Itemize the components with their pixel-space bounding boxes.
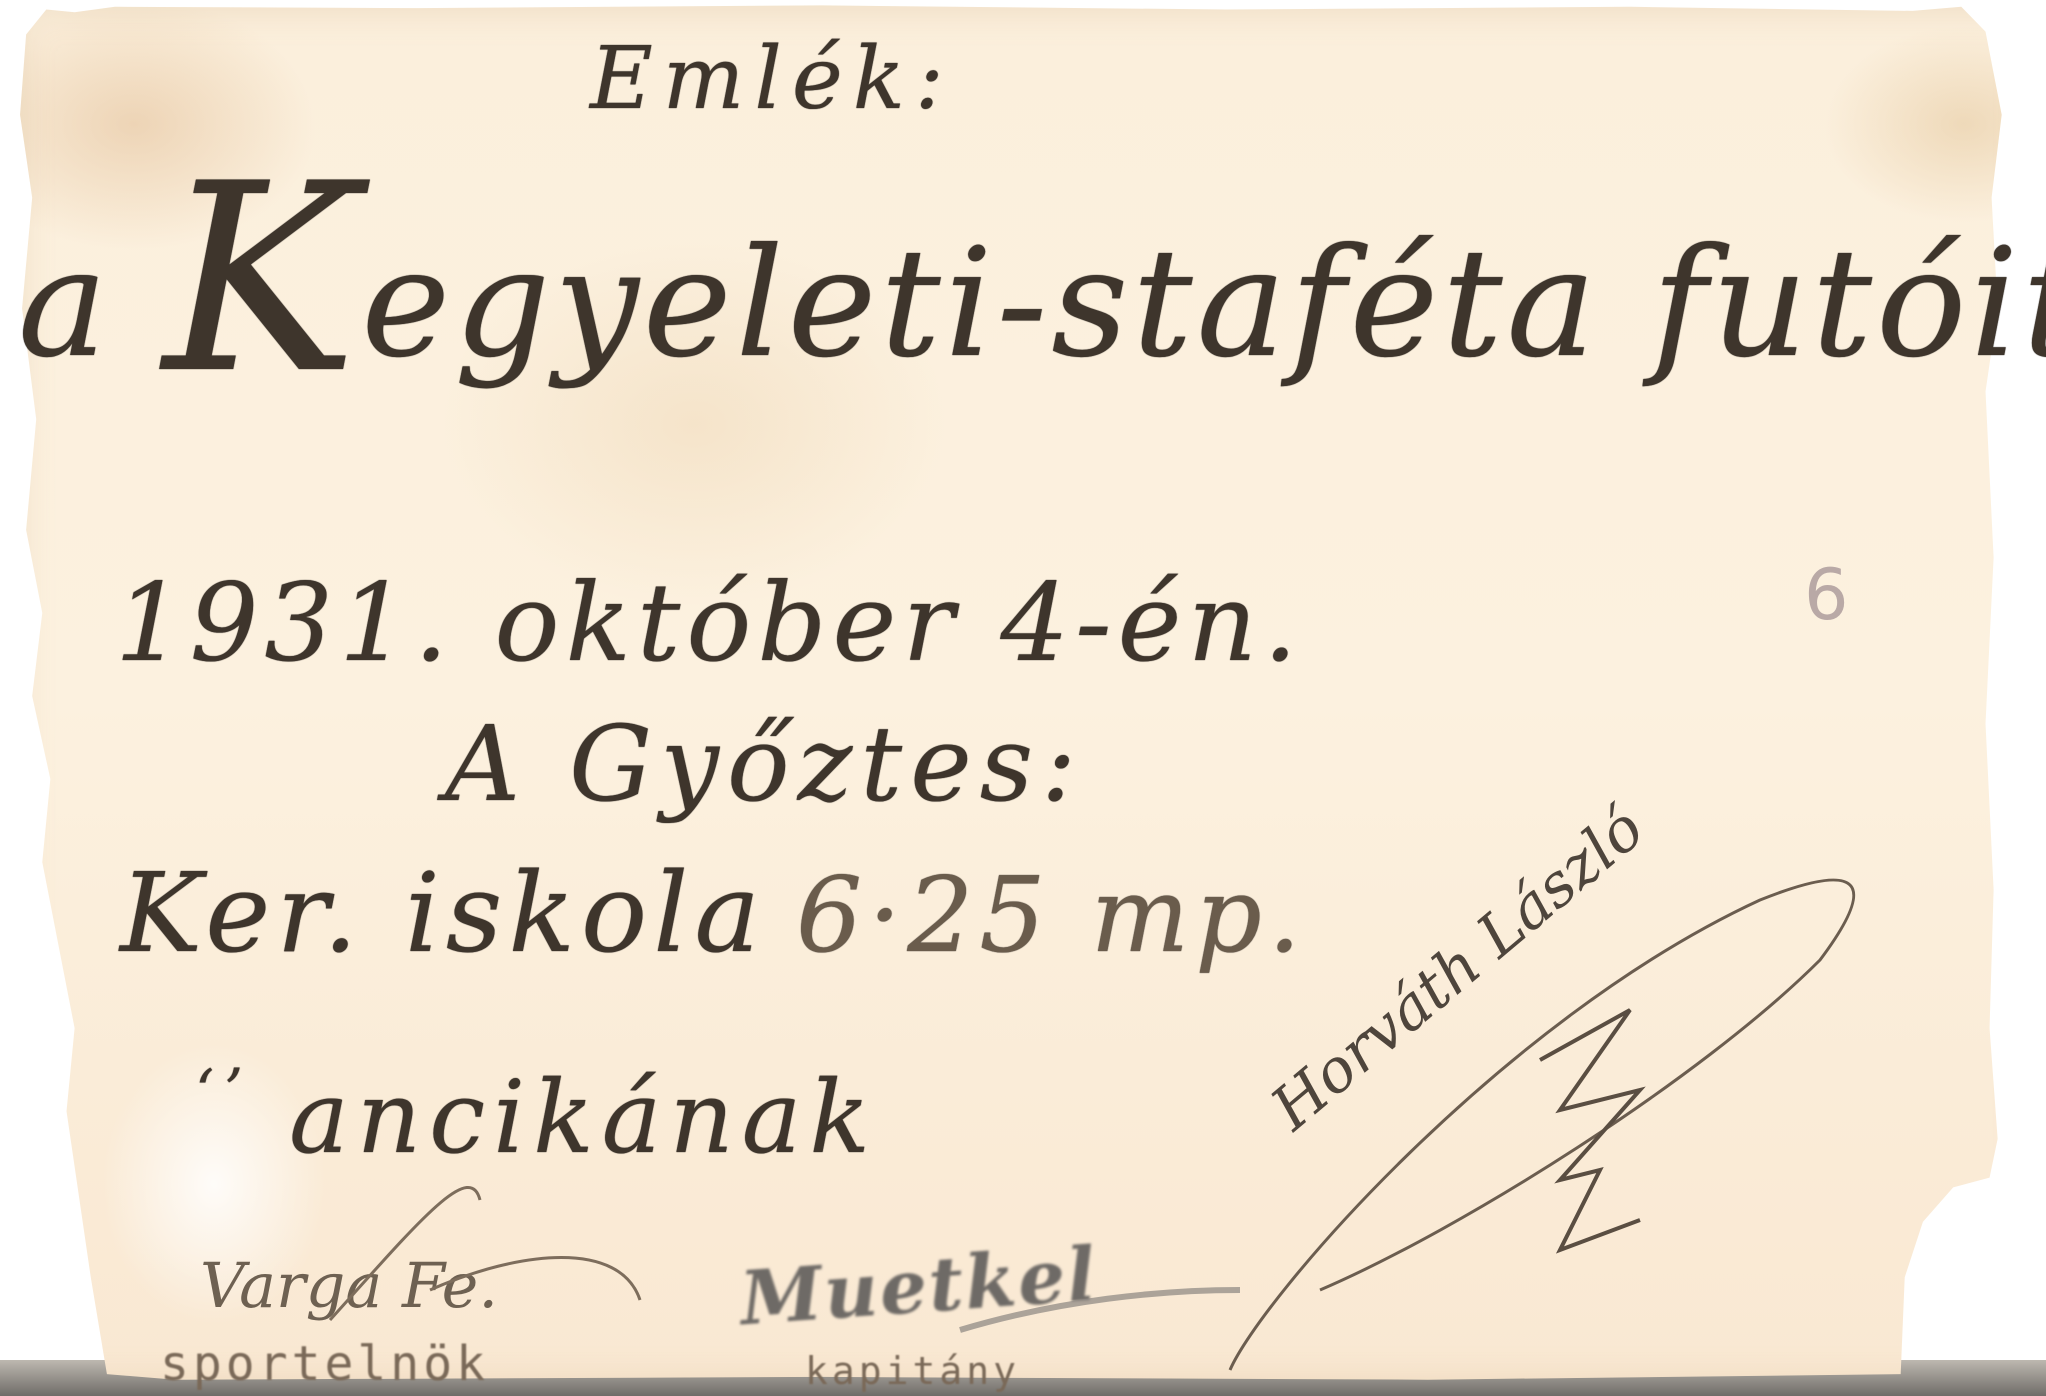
winner-line: Ker. iskola6·25 mp. xyxy=(120,858,1307,968)
role-label-captain: kapitány xyxy=(805,1352,1020,1390)
scanned-card-page: Emlék: a Kegyeleti-staféta futóitól 1931… xyxy=(0,0,2046,1396)
card-heading: Emlék: xyxy=(590,36,954,122)
winner-name: Ker. iskola xyxy=(120,849,766,977)
dedication-initial-mark: ʻʼ xyxy=(195,1057,249,1127)
dedication-line: ʻʼancikának xyxy=(195,1062,878,1168)
subject-rest: egyeleti-staféta futóitól xyxy=(361,217,2046,391)
subject-initial: K xyxy=(163,129,361,431)
winner-time: 6·25 mp. xyxy=(796,854,1307,976)
card-subject: a Kegyeleti-staféta futóitól xyxy=(18,150,2046,410)
dedication-text: ancikának xyxy=(289,1059,878,1176)
event-date: 1931. október 4-én. xyxy=(115,570,1303,678)
subject-prefix: a xyxy=(18,217,163,391)
winner-label: A Győztes: xyxy=(445,712,1084,816)
pencil-archive-number: 6 xyxy=(1804,560,1849,630)
role-label-president: sportelnök xyxy=(160,1340,489,1388)
signature-president: Varga Fe. xyxy=(200,1255,498,1317)
